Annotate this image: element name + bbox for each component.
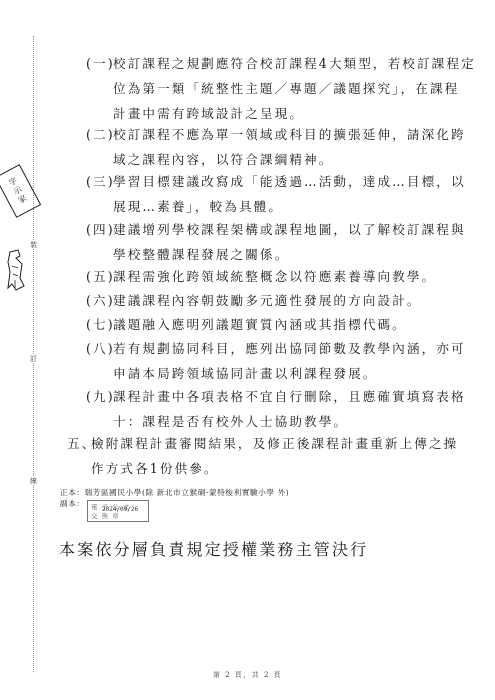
binding-dotted-line <box>33 36 34 672</box>
item-number: (四) <box>86 220 115 240</box>
item-number: (七) <box>86 315 115 335</box>
main-recipient-row: 正本：瑞芳區國民小學(除 新北市立猴硐-蒙特梭利實驗小學 外) <box>60 488 289 499</box>
item-text: 申請本局跨領域協同計畫以利課程發展。 <box>113 364 378 384</box>
item-text: 課程需強化跨領域統整概念以符應素養導向教學。 <box>113 267 436 287</box>
item-number: (九) <box>86 387 115 407</box>
item-text: 計畫中需有跨域設計之呈現。 <box>113 104 304 124</box>
item-text: 課程計畫中各項表格不宜自行刪除，且應確實填寫表格 <box>113 387 466 407</box>
main-recipient-value: 瑞芳區國民小學(除 新北市立猴硐-蒙特梭利實驗小學 外) <box>85 488 290 497</box>
authorization-statement: 本案依分層負責規定授權業務主管決行 <box>59 537 368 560</box>
item-text: 議題融入應明列議題實質內涵或其指標代碼。 <box>113 315 407 335</box>
item-number: (二) <box>86 125 115 145</box>
seal-char: 家 <box>17 194 29 207</box>
main-recipient-label: 正本： <box>60 488 85 497</box>
item-text: 域之課程內容，以符合課綱精神。 <box>113 150 333 170</box>
section-text: 作方式各1份供參。 <box>91 459 219 479</box>
item-text: 建議增列學校課程架構或課程地圖，以了解校訂課程與 <box>113 220 466 240</box>
item-text: 校訂課程不應為單一領域或科目的擴張延伸，請深化跨 <box>113 125 466 145</box>
margin-label-ding: 訂 <box>30 355 37 363</box>
item-text: 校訂課程之規劃應符合校訂課程4大類型，若校訂課程定 <box>113 54 476 74</box>
electronic-document-stamp: 電 子 公 文 交 換 章 2024/09/26 <box>87 500 149 522</box>
item-text: 學習目標建議改寫成「能透過…活動，達成…目標，以 <box>113 172 466 192</box>
item-number: (一) <box>86 54 115 74</box>
margin-label-xian: 線 <box>30 477 37 485</box>
page-number: 第 2 頁，共 2 頁 <box>0 670 495 680</box>
section-text: 檢附課程計畫審閱結果，及修正後課程計畫重新上傳之操 <box>91 434 458 454</box>
copy-recipient-label: 副本： <box>60 499 85 508</box>
stamp-date: 2024/09/26 <box>102 506 138 513</box>
item-text: 學校整體課程發展之關係。 <box>113 245 289 265</box>
item-number: (三) <box>86 172 115 192</box>
item-text: 展現…素養」，較為具體。 <box>113 197 283 217</box>
signature-stamp-icon <box>6 248 26 292</box>
margin-label-zhuang: 裝 <box>30 241 37 249</box>
item-number: (五) <box>86 267 115 287</box>
seal-stamp: 字 示 家 <box>0 164 41 218</box>
item-text: 十：課程是否有校外人士協助教學。 <box>113 412 348 432</box>
item-text: 建議課程內容朝鼓勵多元適性發展的方向設計。 <box>113 291 422 311</box>
item-text: 若有規劃協同科目，應列出協同節數及教學內涵，亦可 <box>113 339 466 359</box>
item-number: (六) <box>86 291 115 311</box>
item-number: (八) <box>86 339 115 359</box>
item-text: 位為第一類「統整性主題／專題／議題探究」，在課程 <box>113 79 459 99</box>
